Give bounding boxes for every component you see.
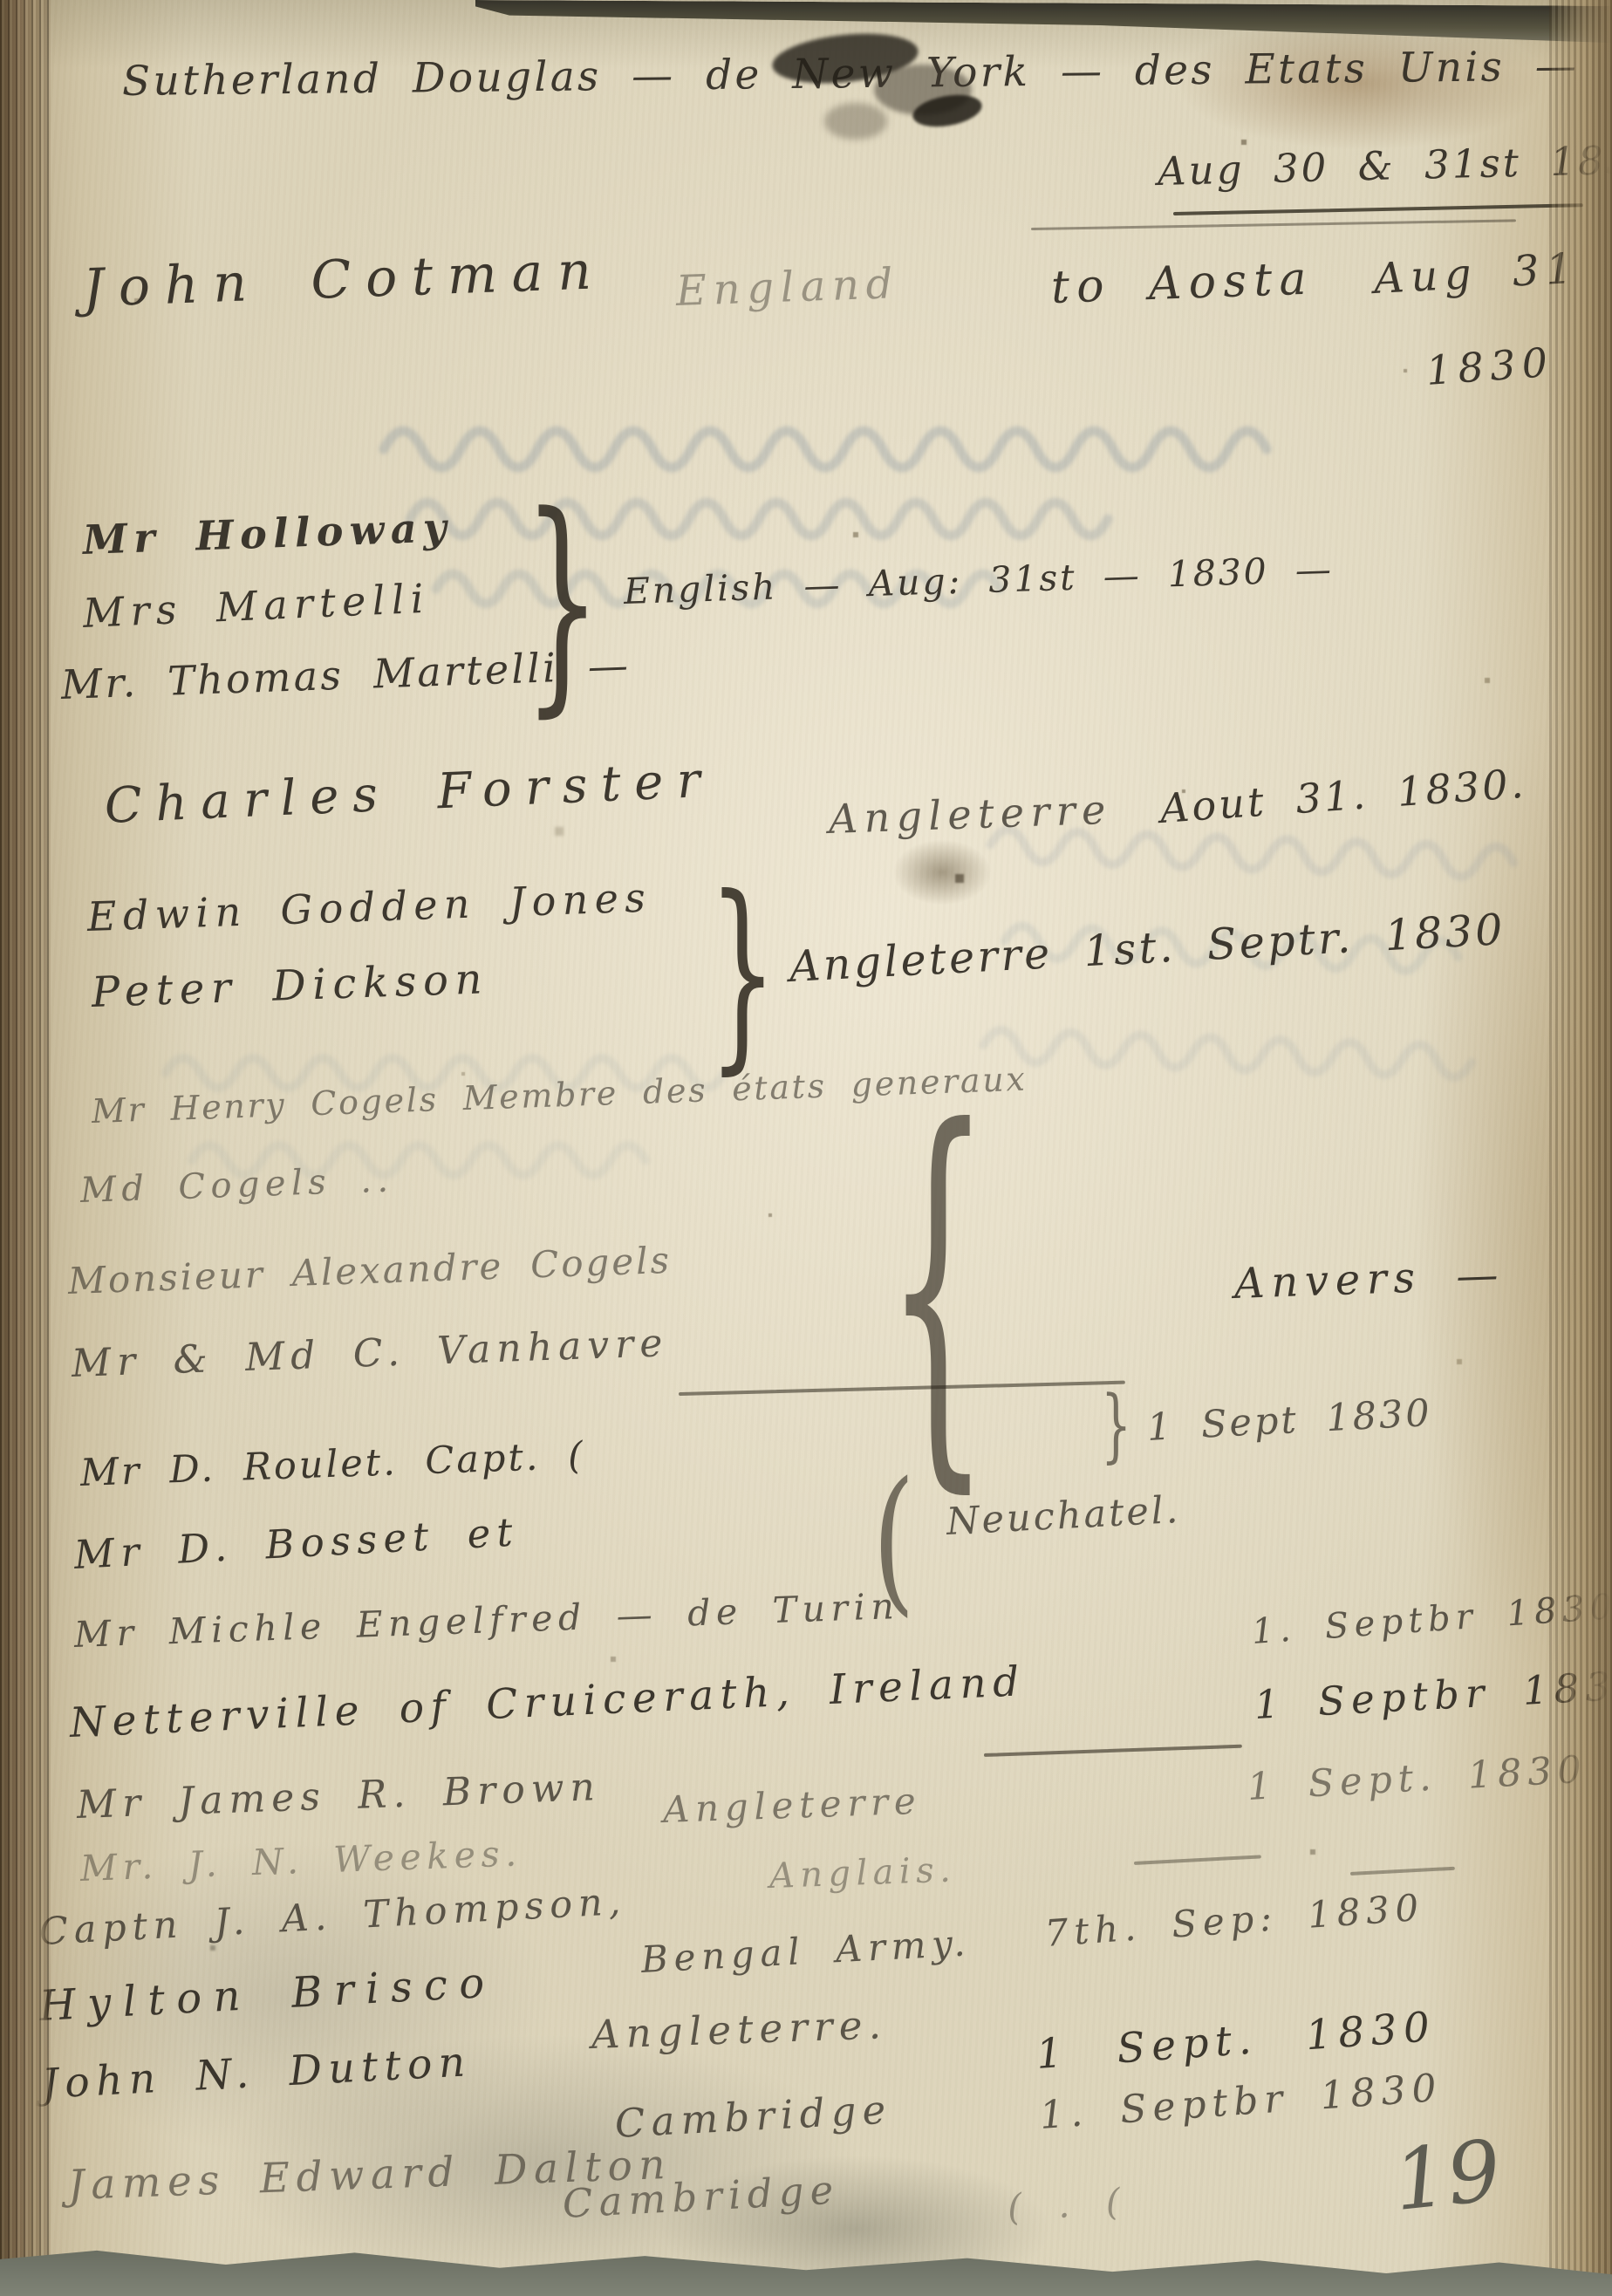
page-number: 19 — [1389, 2122, 1505, 2230]
header-date: Aug 30 & 31st 1830. — [1157, 135, 1612, 195]
group-brace: } — [1101, 1385, 1131, 1466]
netterville-dash — [984, 1745, 1242, 1757]
entry-cotman-name: John Cotman — [82, 240, 607, 319]
ink-blot — [824, 103, 887, 140]
entry-brown-name: Mr James R. Brown — [76, 1765, 602, 1828]
entry-forster-origin: Angleterre — [828, 786, 1112, 843]
entry-brisco-origin: Angleterre. — [591, 2001, 888, 2058]
entry-jones-name-2: Peter Dickson — [91, 954, 489, 1017]
entry-forster-name: Charles Forster — [104, 752, 715, 835]
date-underline — [1031, 219, 1516, 230]
group-brace: { — [885, 1080, 990, 1493]
page-edge-right — [1549, 0, 1612, 2296]
weekes-dash — [1134, 1855, 1261, 1865]
weekes-dash — [1350, 1867, 1455, 1876]
entry-roulet-name: Mr D. Roulet. Capt. ( — [79, 1434, 586, 1495]
entry-dutton-name: John N. Dutton — [41, 2038, 473, 2108]
entry-cogels-place: Anvers — — [1233, 1250, 1506, 1309]
entry-cotman-year: 1830 — [1424, 338, 1555, 394]
entry-weekes-origin: Anglais. — [768, 1850, 957, 1896]
entry-cogels-name-4: Mr & Md C. Vanhavre — [71, 1321, 669, 1386]
page-edge-bottom — [0, 2242, 1612, 2296]
entry-thompson-origin: Bengal Army. — [640, 1921, 973, 1981]
entry-thompson-date: 7th. Sep: 1830 — [1043, 1886, 1425, 1955]
entry-brown-date: 1 Sept. 1830 — [1247, 1748, 1588, 1809]
entry-dutton-date: 1. Septbr 1830 — [1038, 2066, 1444, 2138]
binding-edge-left — [0, 0, 51, 2296]
entry-cotman-destination: to Aosta — [1050, 253, 1315, 314]
entry-brown-origin: Angleterre — [662, 1780, 922, 1831]
entry-cogels-date: 1 Sept 1830 — [1146, 1391, 1433, 1450]
entry-weekes-name: Mr. J. N. Weekes. — [79, 1832, 523, 1889]
entry-brisco-date: 1 Sept. 1830 — [1035, 2003, 1438, 2079]
entry-cogels-name-3: Monsieur Alexandre Cogels — [67, 1239, 673, 1302]
date-underline — [1173, 203, 1583, 215]
entry-dutton-origin: Cambridge — [614, 2086, 893, 2147]
entry-bosset-name: Mr D. Bosset et — [73, 1508, 520, 1578]
entry-jones-name-1: Edwin Godden Jones — [86, 873, 652, 940]
bleedthrough-ink — [971, 801, 1594, 1171]
register-page-scan: Sutherland Douglas — de New York — des E… — [0, 0, 1612, 2296]
group-brace: } — [708, 871, 777, 1076]
entry-thompson-name: Captn J. A. Thompson, — [38, 1880, 628, 1954]
binding-edge-top — [475, 0, 1612, 46]
entry-cotman-origin: England — [675, 259, 900, 316]
entry-brisco-name: Hylton Brisco — [38, 1958, 497, 2031]
entry-dalton-marks: ( . ( — [1007, 2180, 1127, 2229]
entry-netterville-name: Netterville of Cruicerath, Ireland — [69, 1657, 1027, 1747]
entry-engelfred-name: Mr Michle Engelfred — de Turin — [73, 1585, 900, 1656]
